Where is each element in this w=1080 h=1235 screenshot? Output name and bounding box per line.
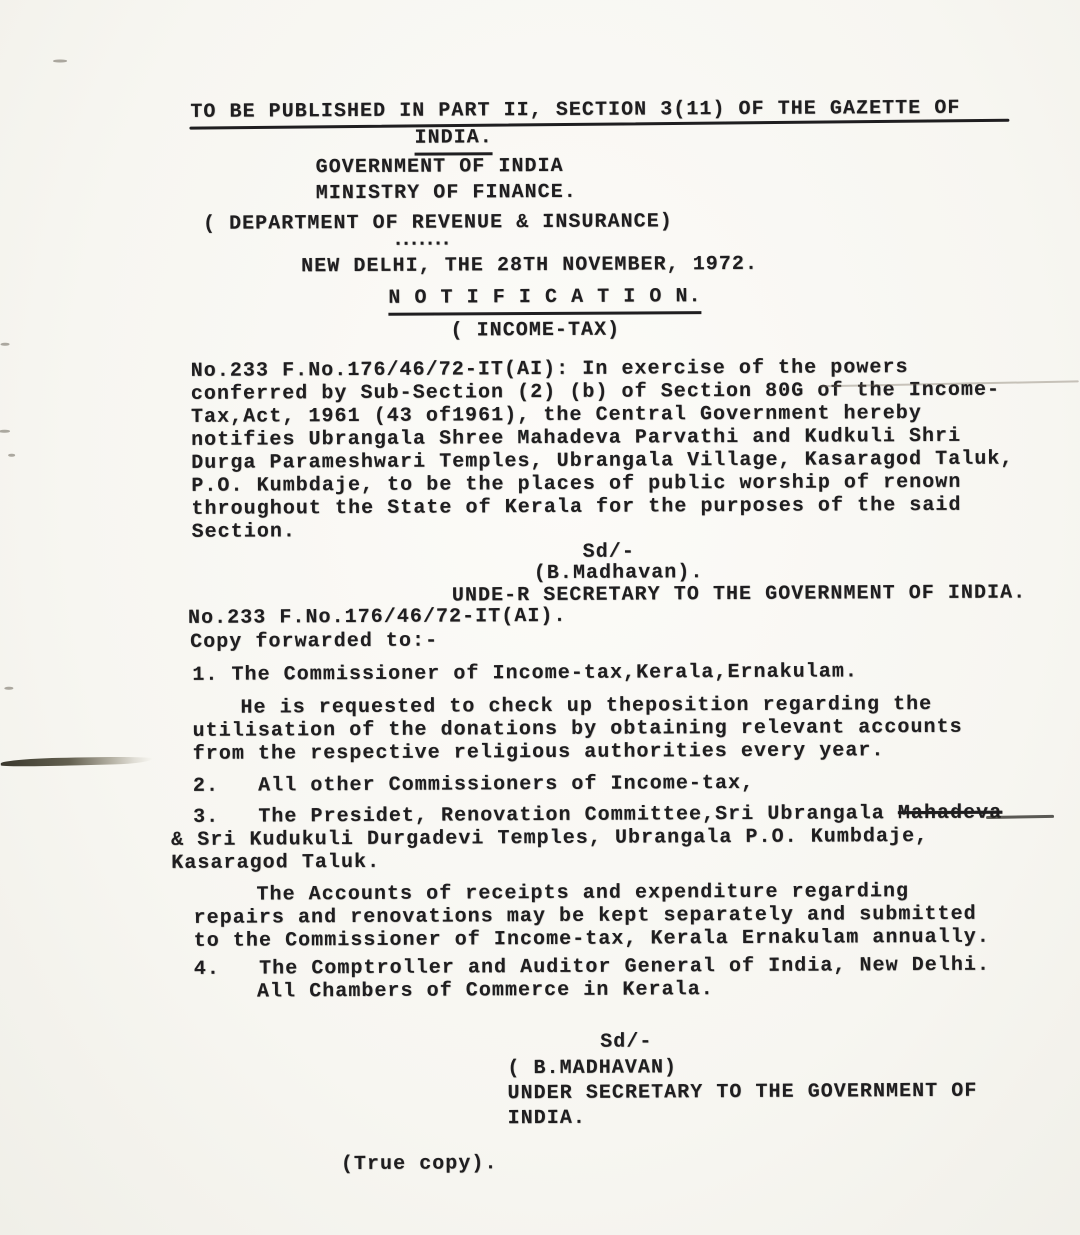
signature1-name: (B.Madhavan).	[534, 561, 704, 585]
separator-dots: .......	[392, 228, 448, 251]
category-line: ( INCOME-TAX)	[450, 319, 620, 343]
signature2-sd: Sd/-	[600, 1030, 652, 1053]
copy-item-4-line1: 4. The Comptroller and Auditor General o…	[194, 954, 990, 981]
struck-word: Mahadeva	[898, 802, 1003, 826]
true-copy-label: (True copy).	[341, 1152, 498, 1176]
strike-extension-line	[986, 815, 1054, 819]
copy-item-1: 1. The Commissioner of Income-tax,Kerala…	[192, 660, 858, 686]
paper-speck	[0, 430, 10, 433]
paper-speck	[1, 343, 10, 346]
paragraph-line: throughout the State of Kerala for the p…	[191, 494, 1013, 521]
paper-speck	[4, 687, 13, 690]
tear-mark	[1, 755, 153, 767]
copy-item-3-line2: & Sri Kudukuli Durgadevi Temples, Ubrang…	[171, 825, 1002, 852]
signature2-title-line1: UNDER SECRETARY TO THE GOVERNMENT OF	[507, 1080, 977, 1105]
paper-speck	[8, 454, 15, 457]
copy-item-4-line2: All Chambers of Commerce in Kerala.	[194, 977, 990, 1004]
signature1-sd: Sd/-	[583, 541, 635, 564]
note-line: to the Commissioner of Income-tax, Keral…	[194, 926, 990, 953]
document-content: TO BE PUBLISHED IN PART II, SECTION 3(11…	[0, 0, 1080, 1235]
copy-item-3-note: The Accounts of receipts and expenditure…	[193, 880, 990, 953]
signature1-title: UNDE-R SECRETARY TO THE GOVERNMENT OF IN…	[452, 581, 1026, 607]
copy-forwarded-label: Copy forwarded to:-	[190, 630, 438, 654]
notification-title: N O T I F I C A T I O N.	[388, 285, 701, 316]
note-line: from the respective religious authoritie…	[193, 739, 963, 766]
copy-item-1-note: He is requested to check up theposition …	[192, 693, 962, 766]
place-date-line: NEW DELHI, THE 28TH NOVEMBER, 1972.	[301, 253, 758, 278]
copy-item-4: 4. The Comptroller and Auditor General o…	[194, 954, 990, 1004]
gazette-publish-line2: INDIA.	[414, 126, 492, 155]
signature2-title-line2: INDIA.	[508, 1107, 586, 1130]
government-line: GOVERNMENT OF INDIA	[316, 155, 564, 179]
signature2-name: ( B.MADHAVAN)	[507, 1056, 677, 1080]
copy-item-2: 2. All other Commissioners of Income-tax…	[193, 772, 754, 798]
scanned-notification-document: TO BE PUBLISHED IN PART II, SECTION 3(11…	[0, 0, 1080, 1235]
ministry-line: MINISTRY OF FINANCE.	[316, 181, 577, 205]
reference-number: No.233 F.No.176/46/72-IT(AI).	[188, 605, 567, 630]
copy-item-3-line3: Kasaragod Taluk.	[171, 848, 1002, 875]
paper-speck	[53, 59, 67, 62]
copy-item-3: 3. The Presidet, Renovation Committee,Sr…	[171, 802, 1003, 875]
